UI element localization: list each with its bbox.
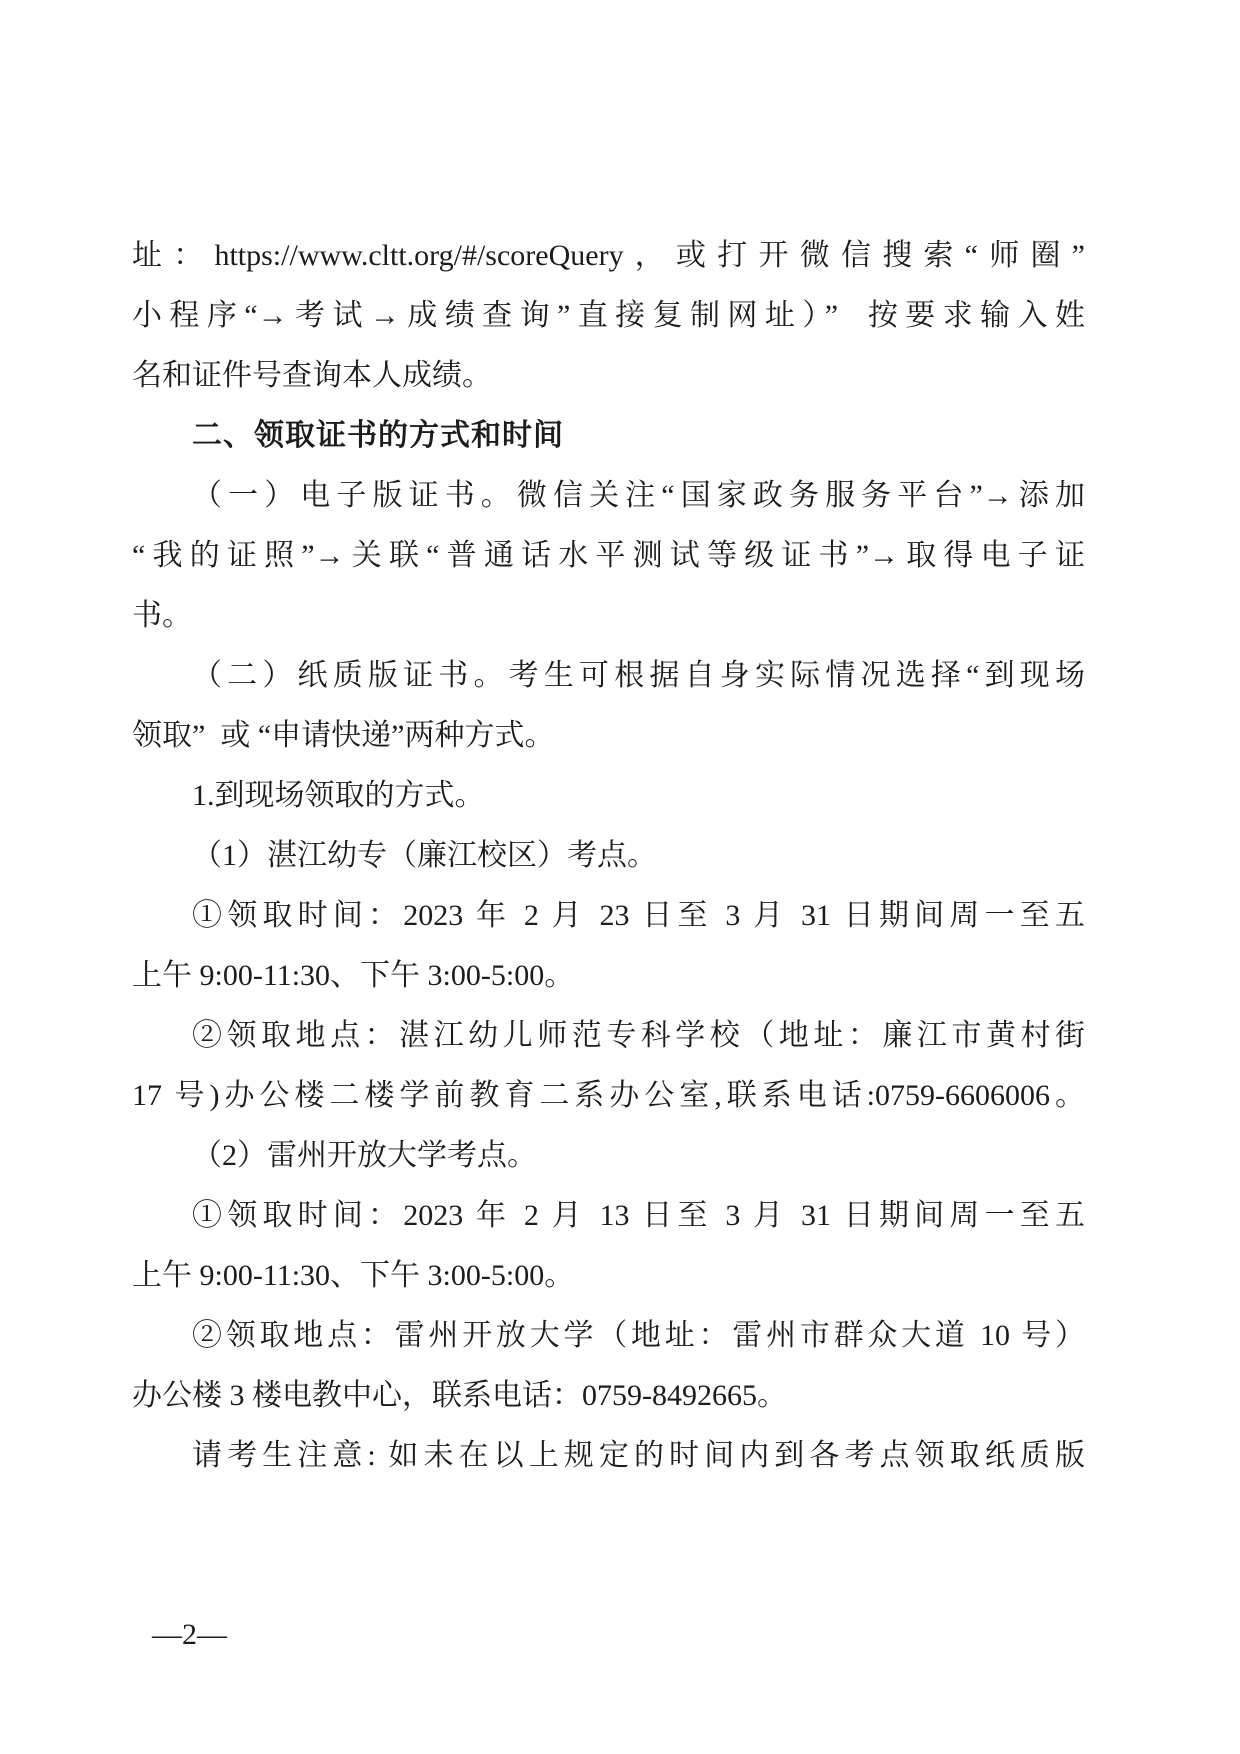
document-line: “我的证照”→关联“普通话水平测试等级证书”→取得电子证	[132, 526, 1085, 586]
document-line: 办公楼 3 楼电教中心，联系电话：0759-8492665。	[132, 1366, 1085, 1426]
document-line: ①领取时间：2023 年 2 月 23 日至 3 月 31 日期间周一至五	[132, 886, 1085, 946]
document-line: 名和证件号查询本人成绩。	[132, 346, 1085, 406]
document-line: （一）电子版证书。微信关注“国家政务服务平台”→添加	[132, 466, 1085, 526]
page-number: —2—	[152, 1607, 227, 1663]
document-body: 址：https://www.cltt.org/#/scoreQuery，或打开微…	[132, 226, 1085, 1486]
document-line: 小程序“→考试→成绩查询”直接复制网址）” 按要求输入姓	[132, 286, 1085, 346]
document-line: ①领取时间：2023 年 2 月 13 日至 3 月 31 日期间周一至五	[132, 1186, 1085, 1246]
document-line: 上午 9:00-11:30、下午 3:00-5:00。	[132, 1246, 1085, 1306]
document-line: （二）纸质版证书。考生可根据自身实际情况选择“到现场	[132, 646, 1085, 706]
document-line: ②领取地点：雷州开放大学（地址：雷州市群众大道 10 号）	[132, 1306, 1085, 1366]
document-line: ②领取地点：湛江幼儿师范专科学校（地址：廉江市黄村街	[132, 1006, 1085, 1066]
document-line: 址：https://www.cltt.org/#/scoreQuery，或打开微…	[132, 226, 1085, 286]
section-heading: 二、领取证书的方式和时间	[132, 406, 1085, 466]
document-line: 1.到现场领取的方式。	[132, 766, 1085, 826]
document-line: 17 号)办公楼二楼学前教育二系办公室,联系电话:0759-6606006。	[132, 1066, 1085, 1126]
document-line: 上午 9:00-11:30、下午 3:00-5:00。	[132, 946, 1085, 1006]
document-line: 书。	[132, 586, 1085, 646]
document-page: 址：https://www.cltt.org/#/scoreQuery，或打开微…	[0, 0, 1240, 1754]
document-line: 领取” 或 “申请快递”两种方式。	[132, 706, 1085, 766]
document-line: （1）湛江幼专（廉江校区）考点。	[132, 826, 1085, 886]
document-line: 请考生注意: 如未在以上规定的时间内到各考点领取纸质版	[132, 1426, 1085, 1486]
document-line: （2）雷州开放大学考点。	[132, 1126, 1085, 1186]
